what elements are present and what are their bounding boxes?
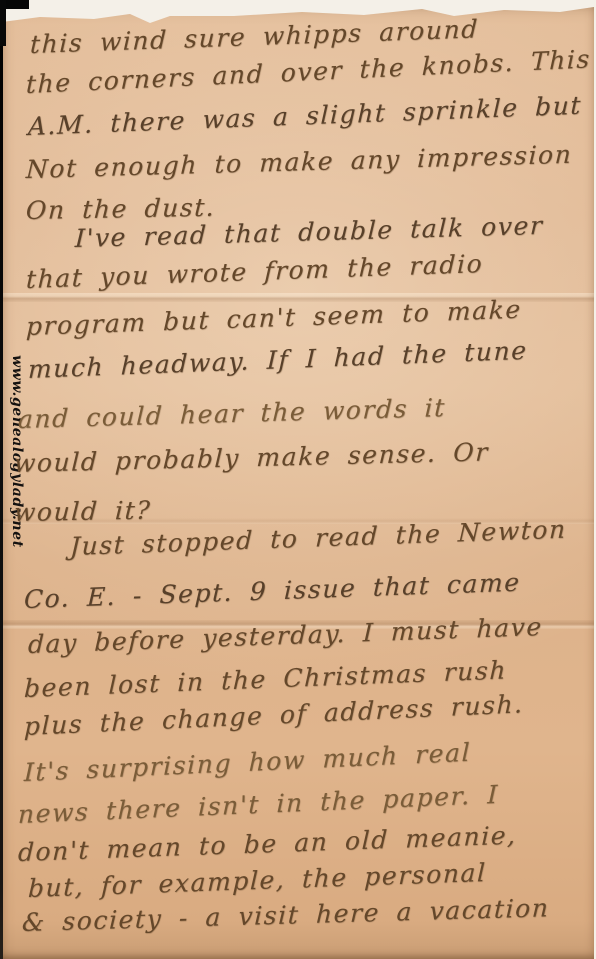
letter-line: would it? <box>13 496 152 527</box>
letter-line: would probably make sense. Or <box>13 437 489 478</box>
scan-corner-mark-vertical <box>0 0 6 46</box>
letter-line: Not enough to make any impression <box>25 140 573 184</box>
letter-line: news there isn't in the paper. I <box>18 780 500 829</box>
letter-line: and could hear the words it <box>17 393 446 434</box>
scan-edge-strip <box>0 0 3 959</box>
letter-line: much headway. If I had the tune <box>28 336 529 384</box>
letter-line: day before yesterday. I must have <box>27 612 543 659</box>
scanned-letter-page: www.genealogylady.net this wind sure whi… <box>0 0 596 959</box>
letter-line: Co. E. - Sept. 9 issue that came <box>23 568 521 614</box>
letter-line: that you wrote from the radio <box>25 249 483 294</box>
letter-line: A.M. there was a slight sprinkle but <box>28 91 583 141</box>
letter-line: It's surprising how much real <box>24 738 472 787</box>
letter-paper: www.genealogylady.net this wind sure whi… <box>2 6 594 959</box>
letter-line: program but can't seem to make <box>25 295 522 341</box>
